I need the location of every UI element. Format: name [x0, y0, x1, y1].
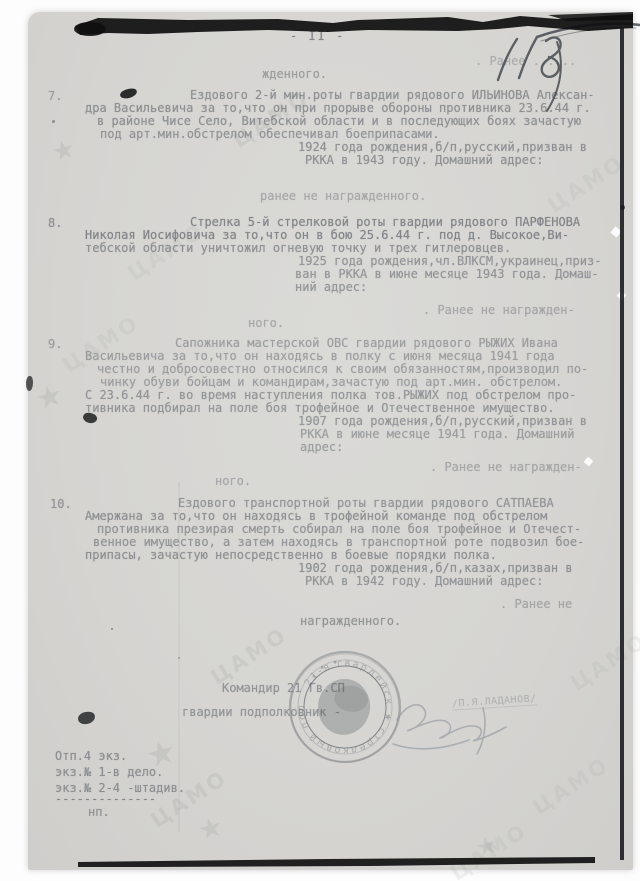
distribution-divider: -------------- — [55, 793, 156, 805]
entry-7-detail: РККА в 1943 году. Домашний адрес: — [305, 154, 543, 166]
star-watermark: ★ — [194, 809, 227, 847]
ink-speck — [178, 657, 180, 659]
ink-blot — [119, 87, 137, 99]
entry-10-prior-award: награжденного. — [300, 615, 401, 627]
ink-speck — [111, 628, 113, 630]
distribution-copy-1: экз.№ 1-в дело. — [55, 766, 163, 778]
archive-watermark: ЦАМО — [528, 752, 614, 819]
star-watermark: ★ — [32, 377, 67, 418]
entry-8-number: 8. — [48, 217, 62, 229]
signature-scrawl — [385, 680, 595, 760]
entry-9-number: 9. — [48, 338, 62, 350]
entry-8-line: Николая Иосифовича за то,что он в бою 25… — [85, 229, 569, 241]
archive-watermark: ЦАМО — [543, 150, 629, 217]
top-edge-shadow — [28, 12, 633, 57]
entry-9-detail: 1907 года рождения,б/п,русский,призван в — [298, 415, 587, 427]
entry-9-detail: адрес: — [300, 441, 343, 453]
ink-speck — [52, 120, 55, 123]
entry-10-detail: РККА в 1942 году. Домашний адрес: — [305, 575, 543, 587]
entry-8-prior-award: . Ранее не награжден- — [423, 304, 575, 316]
entry-10-number: 10. — [50, 498, 72, 510]
scanned-document: { "page": { "number_typed": "- II -", "n… — [0, 0, 640, 881]
entry-9-line: Васильевича за то,что он находясь в полк… — [85, 350, 555, 362]
entry-8-detail: ван в РККА в июне месяце 1943 года. Дома… — [295, 268, 598, 280]
paper-flaw — [584, 457, 594, 467]
entry-10-line: припасы, зачастую непосредственно в боев… — [85, 549, 497, 561]
entry-9-line: честно и добросовестно относился к своим… — [97, 363, 588, 375]
entry-10-detail: 1902 года рождения,б/п,казах,призван в — [298, 562, 573, 574]
entry-8-detail: 1925 года рождения,чл.ВЛКСМ,украинец,при… — [298, 255, 601, 267]
entry-9-prior-award: ного. — [215, 475, 251, 487]
entry-7-number: 7. — [48, 90, 62, 102]
entry-9-line: тивника подбирал на поле боя трофейное и… — [85, 402, 555, 414]
star-watermark: ★ — [49, 133, 79, 168]
right-edge-shadow — [620, 28, 624, 860]
ink-blot — [77, 711, 96, 725]
entry-7-detail: 1924 года рождения,б/п,русский,призван в — [298, 141, 587, 153]
entry-9-line: Сапожника мастерской ОВС гвардии рядовог… — [175, 337, 558, 349]
archive-watermark: ЦАМО — [206, 622, 292, 689]
distribution-copies: Отп.4 экз. — [55, 750, 127, 762]
entry-7-line: под арт.мин.обстрелом обеспечивал боепри… — [100, 128, 440, 140]
carryover-word: жденного. — [262, 68, 327, 80]
entry-9-prior-award: . Ранее не награжден- — [430, 461, 582, 473]
entry-8-line: тебской области уничтожил огневую точку … — [85, 242, 511, 254]
entry-8-prior-award: ного. — [248, 317, 284, 329]
edge-mark — [26, 376, 33, 391]
scan-page: ЦАМО ЦАМО ЦАМО ЦАМО ЦАМО ЦАМО ЦАМО ЦАМО … — [28, 12, 633, 870]
distribution-initials: нп. — [88, 806, 110, 818]
entry-9-line: чинку обуви бойцам и командирам,зачастую… — [100, 376, 562, 388]
entry-9-line: С 23.6.44 г. во время наступления полка … — [85, 389, 576, 401]
entry-10-prior-award: . Ранее не — [500, 598, 572, 610]
entry-8-detail: ний адрес: — [295, 281, 367, 293]
entry-8-line: Стрелка 5-й стрелковой роты гвардии рядо… — [190, 216, 580, 228]
entry-10-line: Ездового транспортной роты гвардии рядов… — [178, 497, 554, 509]
bottom-edge-shadow — [28, 850, 633, 870]
entry-10-line: противника презирая смерть собирал на по… — [97, 523, 581, 535]
entry-7-prior-award: ранее не награжденного. — [260, 190, 426, 202]
entry-10-line: Амержана за то,что он находясь в трофейн… — [85, 510, 547, 522]
entry-10-line: венное имущество, а затем находясь в тра… — [93, 536, 584, 548]
entry-9-detail: РККА в июне месяце 1941 года. Домашний — [300, 428, 575, 440]
